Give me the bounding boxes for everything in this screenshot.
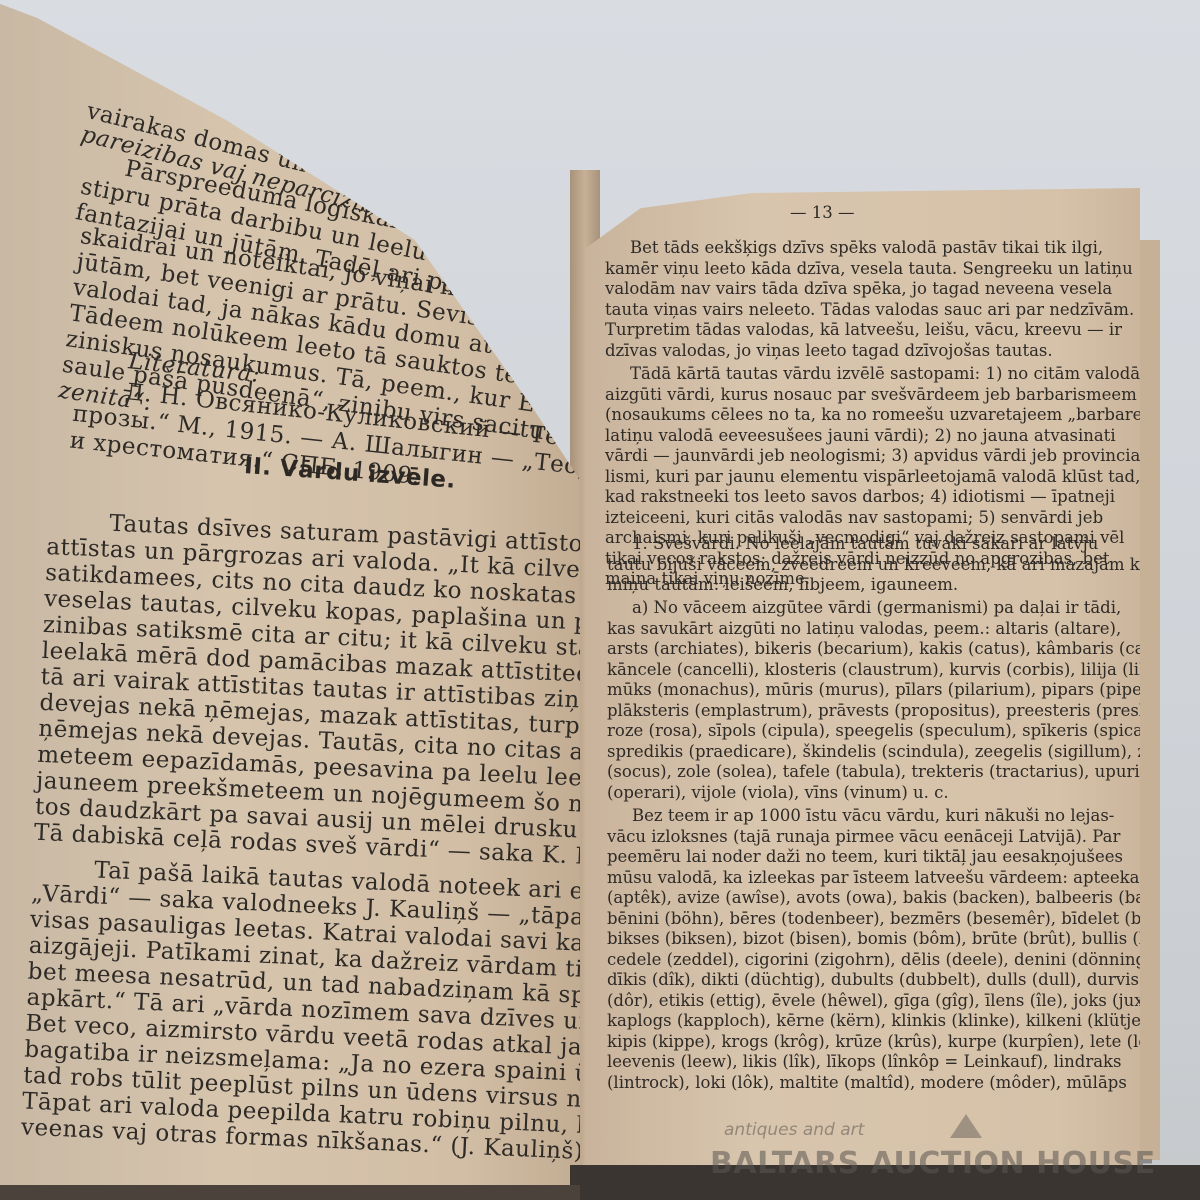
text-line: leevenis (leew), likis (lîk), līkops (lî… (607, 1054, 1190, 1071)
text-line: bikses (biksen), bizot (bisen), bomis (b… (607, 931, 1190, 948)
crown-icon (950, 1114, 982, 1138)
text-line: kaplogs (kapploch), kērne (kërn), klinki… (607, 1013, 1190, 1030)
watermark-tagline: antiques and art (724, 1120, 864, 1140)
text-line: spredikis (praedicare), škindelis (scind… (607, 744, 1199, 761)
text-line: tautu bijuši vāceem, zveedreem un kreeve… (607, 557, 1160, 574)
text-line: Bez teem ir ap 1000 īstu vācu vārdu, kur… (607, 808, 1190, 825)
text-line: (dôr), etikis (ettig), ēvele (hêwel), gī… (607, 993, 1190, 1010)
text-line: tauta viņas vairs neleeto. Tādas valodas… (605, 302, 1134, 319)
text-line: a) No vāceem aizgūtee vārdi (germanismi)… (607, 600, 1199, 617)
left-page: vairakas domas un no viņām taisam kādu s… (0, 0, 580, 1200)
text-line: kāncele (cancelli), klosteris (claustrum… (607, 662, 1199, 679)
text-line: mūsu valodā, ka izleekas par īsteem latv… (607, 870, 1190, 887)
text-line: miņu tautām: leišeem, lībjeem, igauneem. (607, 577, 1160, 594)
text-line: kad rakstneeki tos leeto savos darbos; 4… (605, 489, 1176, 506)
right-page-paragraph-1: Bet tāds eekšķigs dzīvs spēks valodā pas… (605, 240, 1134, 359)
text-line: Turpretim tādas valodas, kā latveešu, le… (605, 322, 1134, 339)
watermark-name: BALTARS AUCTION HOUSE (710, 1146, 1156, 1181)
text-line: valodām nav vairs tāda dzīva spēka, jo t… (605, 281, 1134, 298)
text-line: Tādā kārtā tautas vārdu izvēlē sastopami… (605, 366, 1176, 383)
section-svesvardi: 1. Svešvārdi. No leelajām tautām tuvaki … (607, 536, 1160, 594)
text-line: aizgūti vārdi, kurus nosauc par svešvārd… (605, 387, 1176, 404)
text-line: kas savukārt aizgūti no latiņu valodas, … (607, 621, 1199, 638)
text-line: (lintrock), loki (lôk), maltite (maltîd)… (607, 1075, 1190, 1092)
text-line: vārdi — jaunvārdi jeb neologismi; 3) apv… (605, 448, 1176, 465)
text-line: cedele (zeddel), cigorini (zigohrn), dēl… (607, 952, 1190, 969)
text-line: (socus), zole (solea), tafele (tabula), … (607, 764, 1199, 781)
text-line: arsts (archiates), bikeris (becarium), k… (607, 641, 1199, 658)
text-line: Bet tāds eekšķigs dzīvs spēks valodā pas… (605, 240, 1134, 257)
left-bottom-shadow (0, 1185, 580, 1200)
text-line: izteiceeni, kuri citās valodās nav sasto… (605, 510, 1176, 527)
text-line: kamēr viņu leeto kāda dzīva, vesela taut… (605, 261, 1134, 278)
text-line: mūks (monachus), mūris (murus), pīlars (… (607, 682, 1199, 699)
text-line: (nosaukums cēlees no ta, ka no romeešu u… (605, 407, 1176, 424)
right-page-paragraph-5: Bez teem ir ap 1000 īstu vācu vārdu, kur… (607, 808, 1190, 1091)
right-page: — 13 — Bet tāds eekšķigs dzīvs spēks val… (585, 188, 1140, 1200)
page-number: — 13 — (790, 205, 855, 222)
text-line: dīkis (dîk), dikti (düchtig), dubults (d… (607, 972, 1190, 989)
text-line: dzīvas valodas, jo viņas leeto tagad dzī… (605, 343, 1134, 360)
text-line: roze (rosa), sīpols (cipula), speegelis … (607, 723, 1199, 740)
text-line: 1. Svešvārdi. No leelajām tautām tuvaki … (607, 536, 1160, 553)
text-line: lismi, kuri par jaunu elementu vispārlee… (605, 469, 1176, 486)
text-line: vācu izloksnes (tajā runaja pirmee vācu … (607, 829, 1190, 846)
text-line: (aptêk), avize (awîse), avots (owa), bak… (607, 890, 1190, 907)
text-line: (operari), vijole (viola), vīns (vinum) … (607, 785, 1199, 802)
text-line: latiņu valodā eeveesušees jauni vārdi); … (605, 428, 1176, 445)
text-line: bēnini (böhn), bēres (todenbeer), bezmēr… (607, 911, 1190, 928)
page-number: — 12 — (349, 159, 425, 194)
text-line: kipis (kippe), krogs (krôg), krūze (krûs… (607, 1034, 1190, 1051)
text-line: plāksteris (emplastrum), prāvests (propo… (607, 703, 1199, 720)
text-line: peemēru lai noder daži no teem, kuri tik… (607, 849, 1190, 866)
right-page-paragraph-4: a) No vāceem aizgūtee vārdi (germanismi)… (607, 600, 1199, 801)
